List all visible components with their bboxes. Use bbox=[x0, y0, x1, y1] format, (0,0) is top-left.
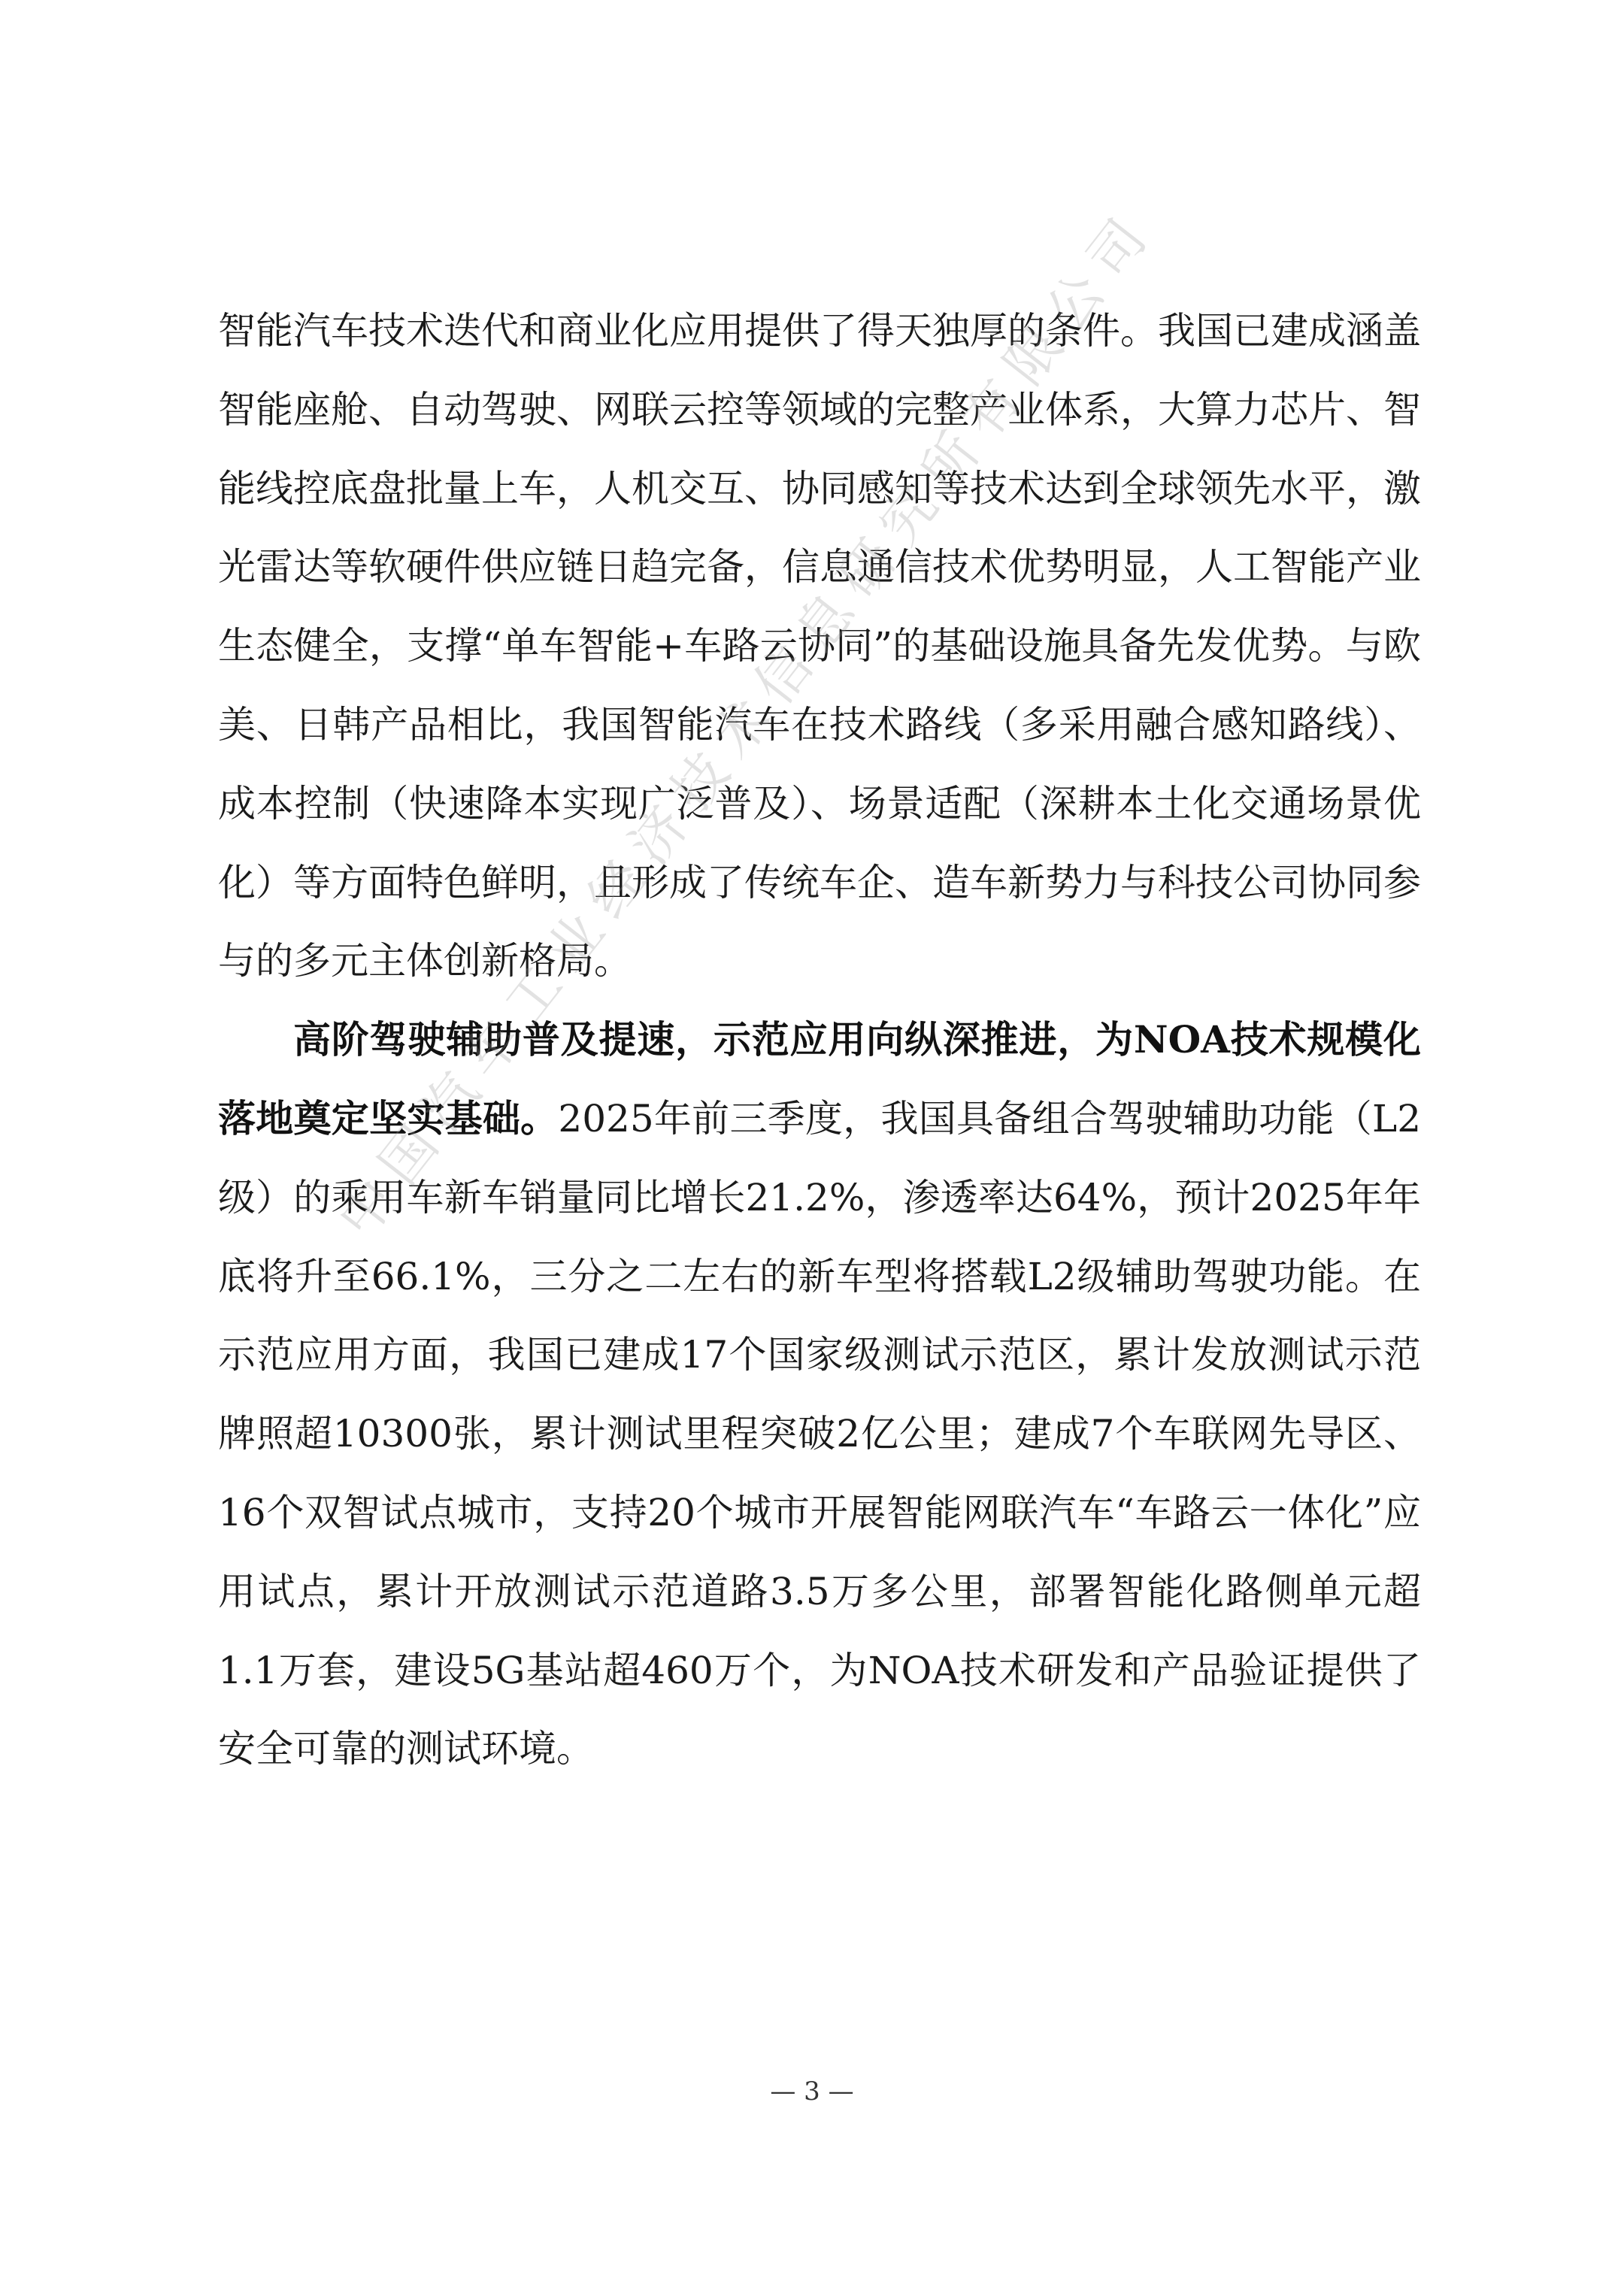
body-text: 智能汽车技术迭代和商业化应用提供了得天独厚的条件。我国已建成涵盖智能座舱、自动驾… bbox=[218, 292, 1421, 1789]
paragraph-text: 智能汽车技术迭代和商业化应用提供了得天独厚的条件。我国已建成涵盖智能座舱、自动驾… bbox=[218, 309, 1421, 983]
paragraph-industry-advantages: 智能汽车技术迭代和商业化应用提供了得天独厚的条件。我国已建成涵盖智能座舱、自动驾… bbox=[218, 292, 1421, 1001]
paragraph-text: 2025年前三季度，我国具备组合驾驶辅助功能（L2级）的乘用车新车销量同比增长2… bbox=[218, 1097, 1421, 1770]
page-number: — 3 — bbox=[0, 2076, 1624, 2107]
document-page: 智能汽车技术迭代和商业化应用提供了得天独厚的条件。我国已建成涵盖智能座舱、自动驾… bbox=[0, 0, 1624, 2296]
paragraph-noa-foundation: 高阶驾驶辅助普及提速，示范应用向纵深推进，为NOA技术规模化落地奠定坚实基础。2… bbox=[218, 1001, 1421, 1789]
